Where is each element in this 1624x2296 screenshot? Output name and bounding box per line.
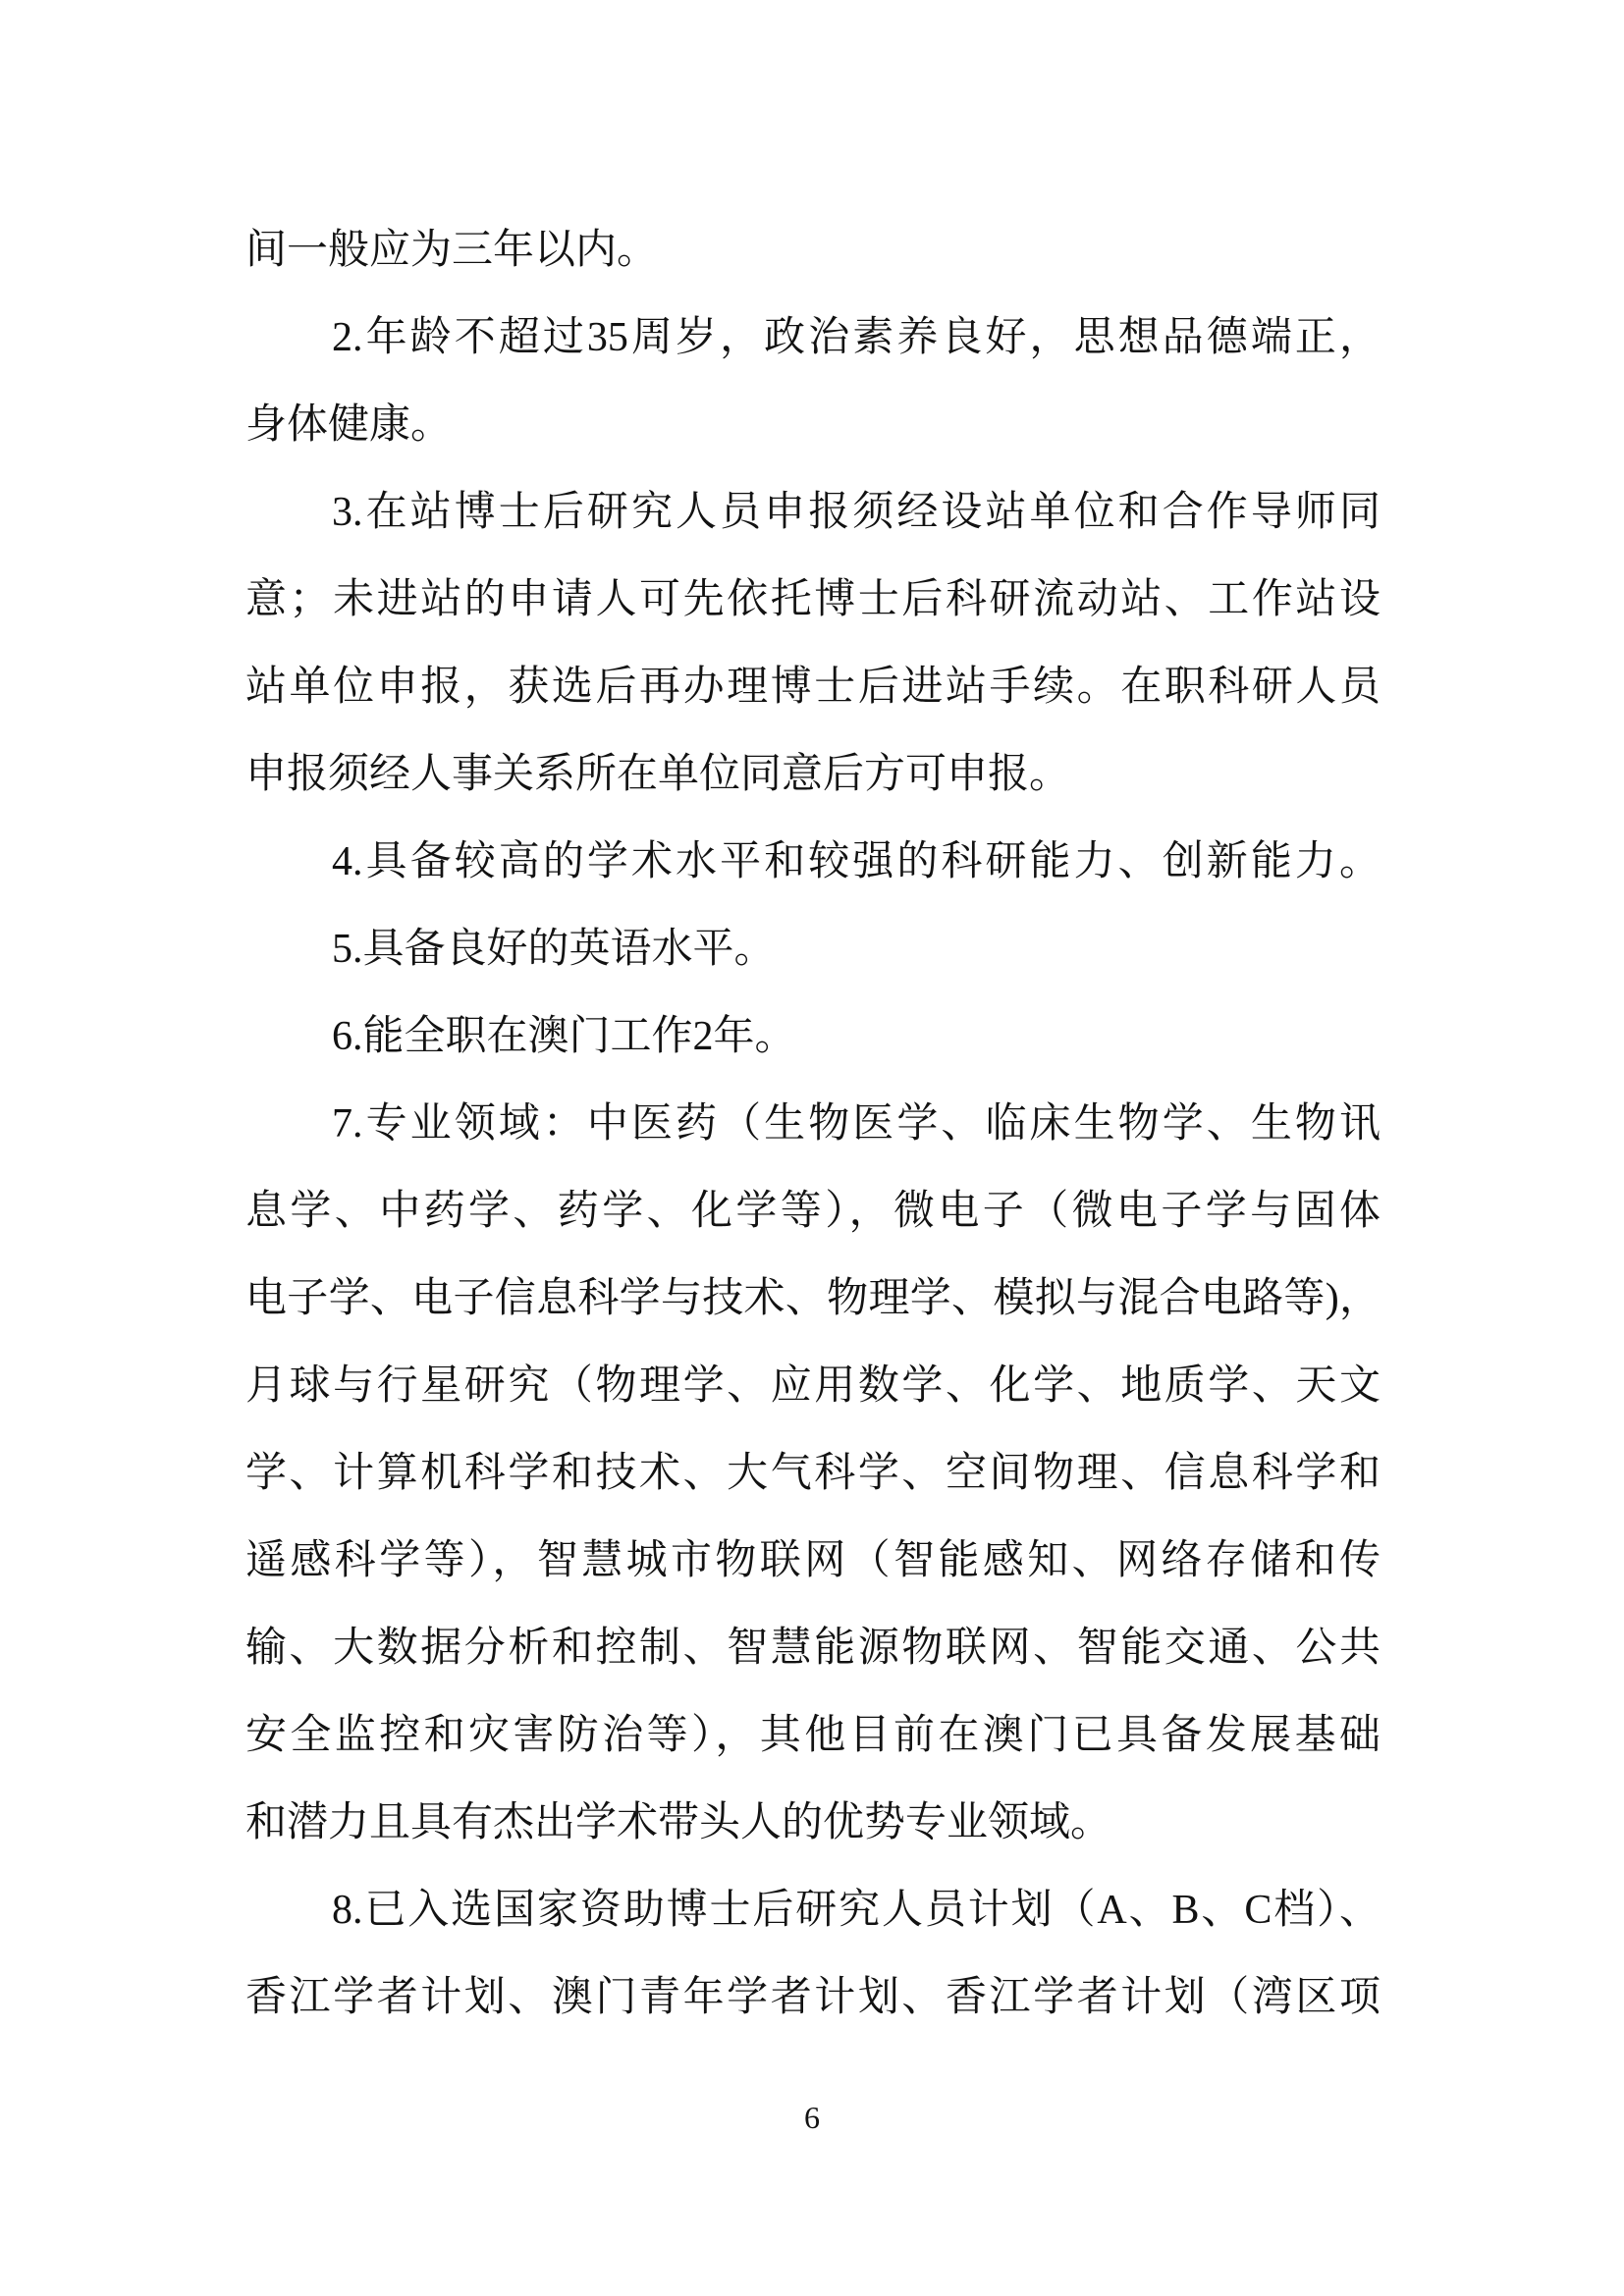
paragraph-item-3: 3.在站博士后研究人员申报须经设站单位和合作导师同 意；未进站的申请人可先依托博… — [245, 469, 1380, 819]
paragraph-item-6: 6.能全职在澳门工作2年。 — [245, 993, 1380, 1081]
text-line: 申报须经人事关系所在单位同意后方可申报。 — [245, 731, 1380, 819]
text-line: 4.具备较高的学术水平和较强的科研能力、创新能力。 — [245, 819, 1380, 906]
document-body: 间一般应为三年以内。 2.年龄不超过35周岁，政治素养良好，思想品德端正， 身体… — [245, 207, 1380, 2042]
text-line: 身体健康。 — [245, 382, 1380, 469]
text-line: 输、大数据分析和控制、智慧能源物联网、智能交通、公共 — [245, 1605, 1380, 1692]
text-line: 学、计算机科学和技术、大气科学、空间物理、信息科学和 — [245, 1430, 1380, 1518]
document-page: 间一般应为三年以内。 2.年龄不超过35周岁，政治素养良好，思想品德端正， 身体… — [0, 0, 1624, 2296]
text-line: 2.年龄不超过35周岁，政治素养良好，思想品德端正， — [245, 294, 1380, 382]
text-line: 间一般应为三年以内。 — [245, 207, 1380, 294]
page-number: 6 — [0, 2095, 1624, 2140]
paragraph-item-4: 4.具备较高的学术水平和较强的科研能力、创新能力。 — [245, 819, 1380, 906]
text-line: 电子学、电子信息科学与技术、物理学、模拟与混合电路等)， — [245, 1255, 1380, 1343]
text-line: 8.已入选国家资助博士后研究人员计划（A、B、C档）、 — [245, 1867, 1380, 1954]
paragraph-item-8: 8.已入选国家资助博士后研究人员计划（A、B、C档）、 香江学者计划、澳门青年学… — [245, 1867, 1380, 2042]
paragraph-item-7: 7.专业领域：中医药（生物医学、临床生物学、生物讯 息学、中药学、药学、化学等）… — [245, 1081, 1380, 1867]
text-line: 安全监控和灾害防治等），其他目前在澳门已具备发展基础 — [245, 1692, 1380, 1780]
text-line: 意；未进站的申请人可先依托博士后科研流动站、工作站设 — [245, 557, 1380, 644]
text-line: 香江学者计划、澳门青年学者计划、香江学者计划（湾区项 — [245, 1954, 1380, 2042]
text-line: 站单位申报，获选后再办理博士后进站手续。在职科研人员 — [245, 644, 1380, 731]
text-line: 息学、中药学、药学、化学等），微电子（微电子学与固体 — [245, 1168, 1380, 1255]
text-line: 7.专业领域：中医药（生物医学、临床生物学、生物讯 — [245, 1081, 1380, 1168]
paragraph-item-2: 2.年龄不超过35周岁，政治素养良好，思想品德端正， 身体健康。 — [245, 294, 1380, 469]
text-line: 和潜力且具有杰出学术带头人的优势专业领域。 — [245, 1780, 1380, 1867]
paragraph-continuation: 间一般应为三年以内。 — [245, 207, 1380, 294]
text-line: 5.具备良好的英语水平。 — [245, 906, 1380, 993]
text-line: 遥感科学等），智慧城市物联网（智能感知、网络存储和传 — [245, 1518, 1380, 1605]
text-line: 月球与行星研究（物理学、应用数学、化学、地质学、天文 — [245, 1343, 1380, 1430]
text-line: 3.在站博士后研究人员申报须经设站单位和合作导师同 — [245, 469, 1380, 557]
paragraph-item-5: 5.具备良好的英语水平。 — [245, 906, 1380, 993]
text-line: 6.能全职在澳门工作2年。 — [245, 993, 1380, 1081]
